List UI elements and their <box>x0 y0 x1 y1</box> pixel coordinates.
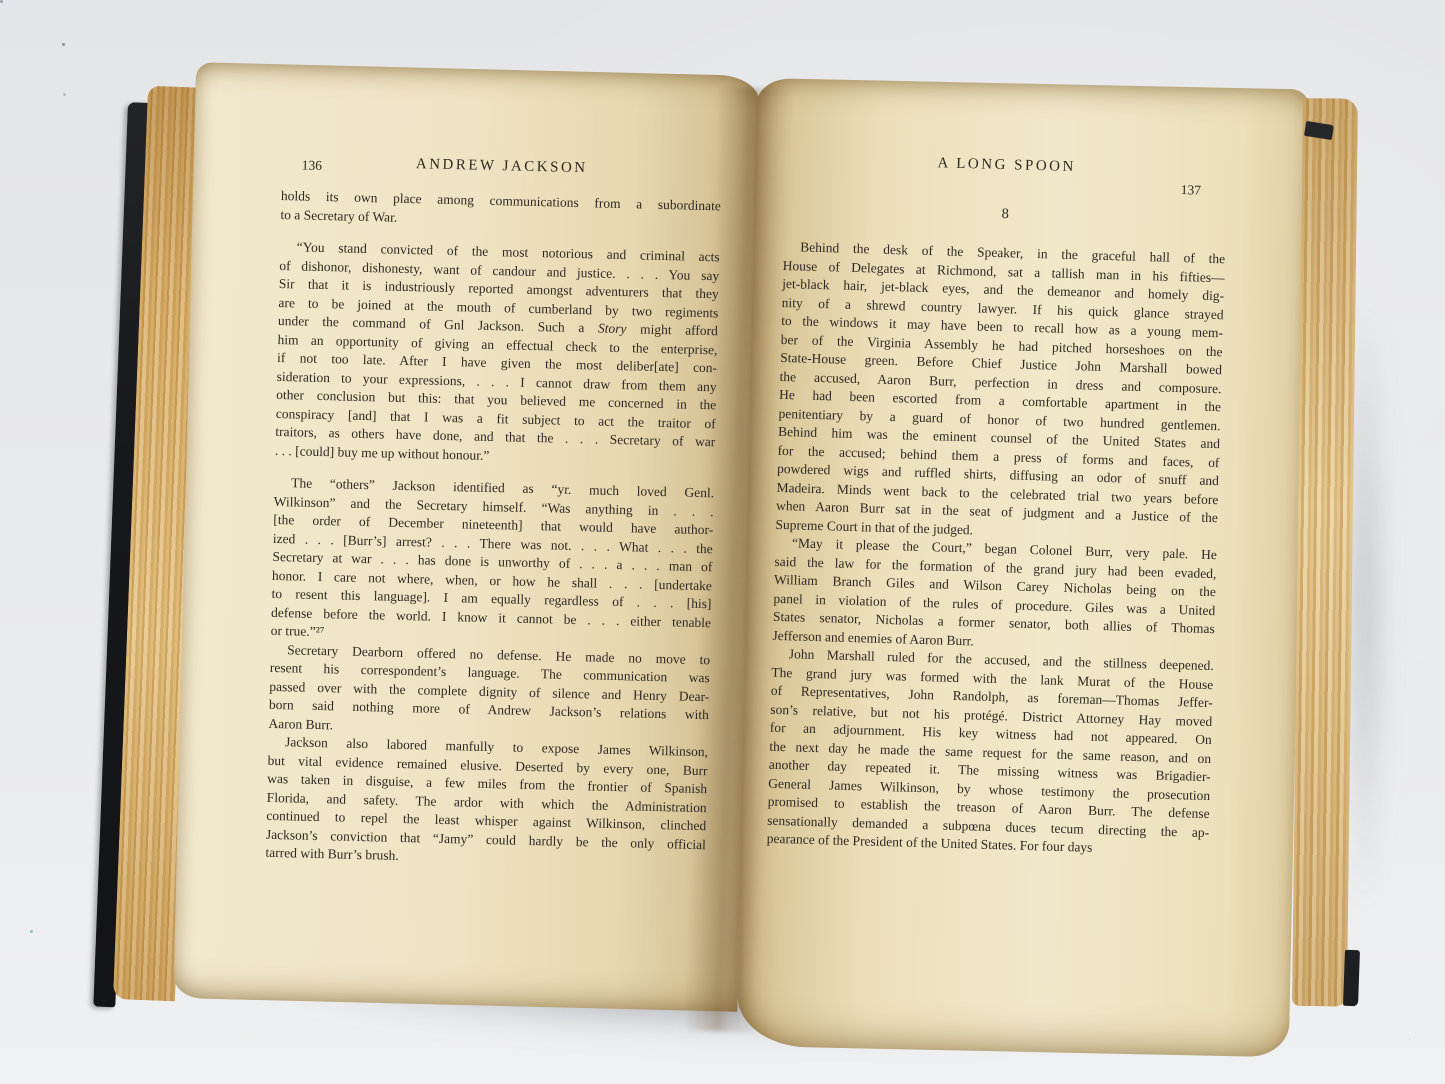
paragraph: Jackson also labored manfully to expose … <box>265 733 708 873</box>
page-fore-edge-right <box>1292 98 1358 1007</box>
paragraph: John Marshall ruled for the accused, and… <box>766 645 1214 861</box>
paragraph: “You stand convicted of the most notorio… <box>275 238 720 470</box>
dust-specks <box>0 0 3 3</box>
right-page-body: Behind the desk of the Speaker, in the g… <box>766 238 1225 861</box>
paragraph: Behind the desk of the Speaker, in the g… <box>775 238 1225 546</box>
left-page-number: 136 <box>301 156 322 175</box>
left-page-body: holds its own place among communications… <box>265 187 721 873</box>
paragraph: holds its own place among communications… <box>280 187 721 234</box>
section-number: 8 <box>784 199 1226 229</box>
left-page-text: 136 ANDREW JACKSON holds its own place a… <box>265 152 722 873</box>
paragraph: Secretary Dearborn offered no defense. H… <box>268 640 710 743</box>
photo-background: 136 ANDREW JACKSON holds its own place a… <box>0 0 1445 1084</box>
right-page-text: A LONG SPOON 137 8 Behind the desk of th… <box>766 150 1227 861</box>
book-cover-corner-bottom-right <box>1343 950 1360 1006</box>
paragraph: “May it please the Court,” began Colonel… <box>772 534 1217 657</box>
paragraph: The “others” Jackson identified as “yr. … <box>270 474 714 651</box>
